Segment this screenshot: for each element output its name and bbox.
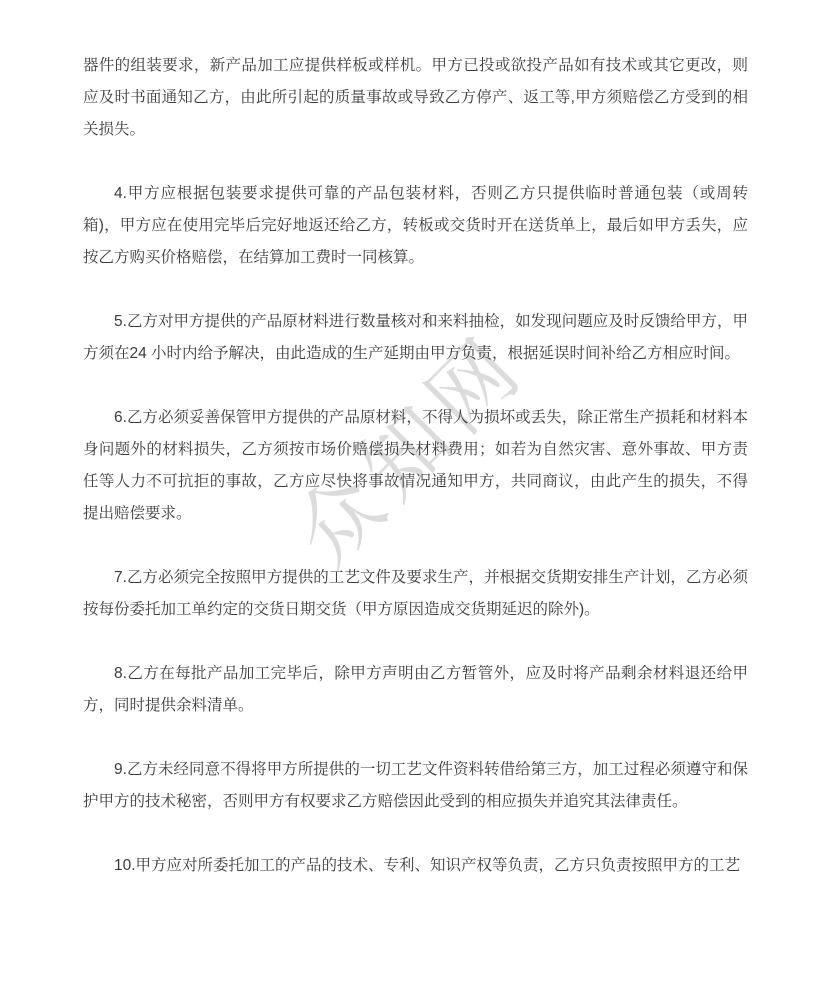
paragraph-clause-10: 10.甲方应对所委托加工的产品的技术、专利、知识产权等负责，乙方只负责按照甲方的… xyxy=(83,850,748,882)
paragraph-clause-4: 4.甲方应根据包装要求提供可靠的产品包装材料，否则乙方只提供临时普通包装（或周转… xyxy=(83,178,748,274)
paragraph-clause-6: 6.乙方必须妥善保管甲方提供的产品原材料，不得人为损坏或丢失，除正常生产损耗和材… xyxy=(83,402,748,530)
paragraph-clause-7: 7.乙方必须完全按照甲方提供的工艺文件及要求生产，并根据交货期安排生产计划，乙方… xyxy=(83,562,748,626)
paragraph-clause-8: 8.乙方在每批产品加工完毕后，除甲方声明由乙方暂管外，应及时将产品剩余材料退还给… xyxy=(83,658,748,722)
paragraph-continuation: 器件的组装要求，新产品加工应提供样板或样机。甲方已投或欲投产品如有技术或其它更改… xyxy=(83,50,748,146)
document-body: 器件的组装要求，新产品加工应提供样板或样机。甲方已投或欲投产品如有技术或其它更改… xyxy=(83,50,748,914)
paragraph-clause-5: 5.乙方对甲方提供的产品原材料进行数量核对和来料抽检，如发现问题应及时反馈给甲方… xyxy=(83,306,748,370)
paragraph-clause-9: 9.乙方未经同意不得将甲方所提供的一切工艺文件资料转借给第三方，加工过程必须遵守… xyxy=(83,754,748,818)
document-page: 众知网 器件的组装要求，新产品加工应提供样板或样机。甲方已投或欲投产品如有技术或… xyxy=(0,0,830,986)
